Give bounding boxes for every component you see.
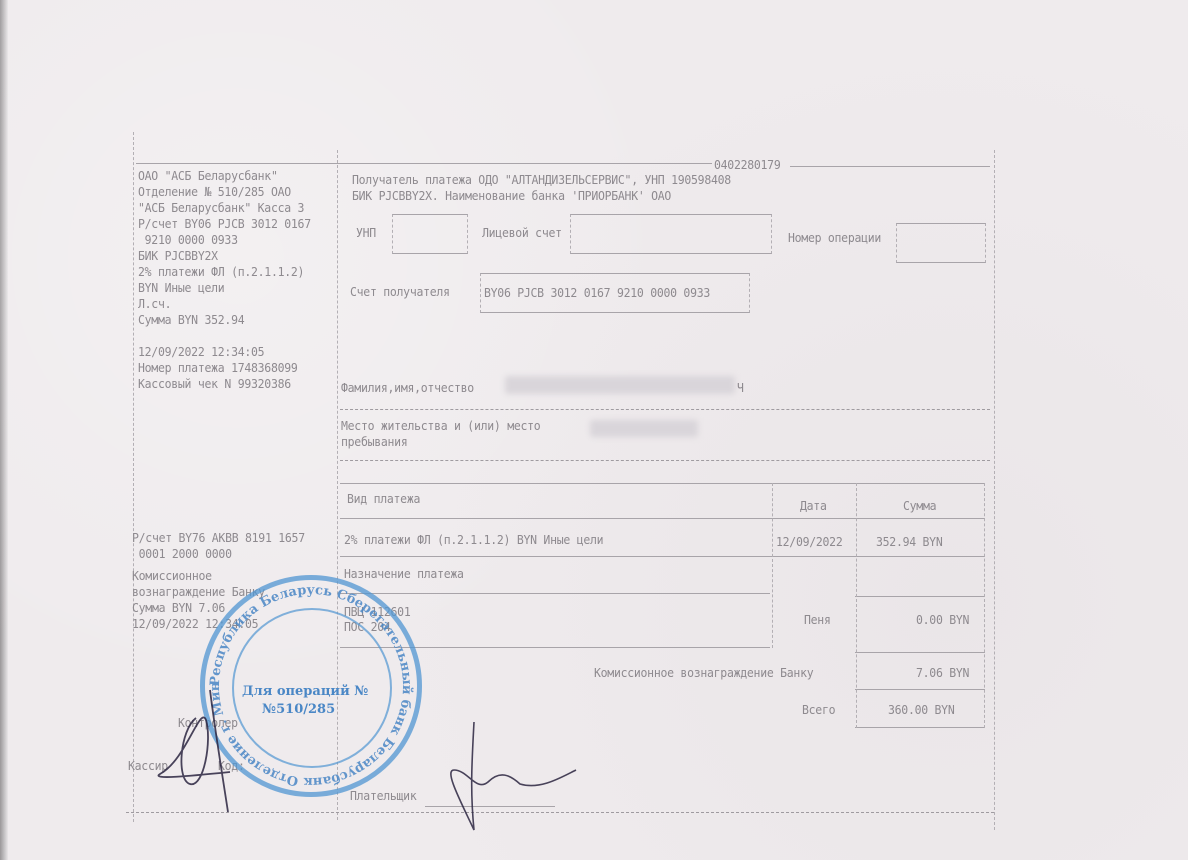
payment-type: 2% платежи ФЛ (п.2.1.1.2) [138,264,304,279]
penalty-label: Пеня [804,612,831,627]
total-label: Всего [802,702,835,717]
branch-line: "АСБ Беларусбанк" Касса 3 [138,200,304,215]
cashier-label: Кассир [128,758,168,773]
full-name-label: Фамилия,имя,отчество [341,380,474,395]
table-rule [855,727,985,728]
stamp-center-line: Для операций № [242,684,368,699]
sum: Сумма BYN 352.94 [138,312,244,327]
table-rule [340,483,985,484]
personal-account-field [570,214,772,254]
operation-number-field [896,223,986,263]
row-sum: 352.94 BYN [876,534,942,549]
commission-value: 7.06 BYN [916,665,969,680]
stamp-center-number: №510/285 [262,702,335,717]
table-col-divider [984,483,985,728]
bic: БИК PJCBBY2X [138,248,218,263]
payment-type: BYN Иные цели [138,280,224,295]
operation-number-label: Номер операции [788,230,881,245]
header-date: Дата [800,498,827,513]
right-border [994,150,995,830]
recipient-bank: БИК PJCBBY2X. Наименование банка 'ПРИОРБ… [352,188,671,203]
bank-name: ОАО "АСБ Беларусбанк" [138,168,278,183]
header-sum: Сумма [903,498,936,513]
redacted-address [590,420,698,437]
branch-line: Отделение № 510/285 ОАО [138,184,291,199]
left-border [133,132,134,822]
total-value: 360.00 BYN [888,702,954,717]
commission-account: 0001 2000 0000 [132,546,232,561]
datetime: 12/09/2022 12:34:05 [138,344,264,359]
penalty-value: 0.00 BYN [916,612,969,627]
receipt-number: Кассовый чек N 99320386 [138,376,291,391]
unp-label: УНП [356,225,376,240]
table-rule [340,556,985,557]
account-line: Р/счет BY06 PJCB 3012 0167 [138,216,311,231]
address-label: пребывания [341,434,407,449]
recipient-info: Получатель платежа ОДО "АЛТАНДИЗЕЛЬСЕРВИ… [352,172,731,187]
table-col-divider [772,483,773,648]
commission-account: Р/счет BY76 AKBB 8191 1657 [132,530,305,545]
svg-text:Республика Беларусь Сберегател: Республика Беларусь Сберегательный банк … [200,575,414,789]
divider [340,409,990,410]
table-rule [340,518,985,519]
full-name-suffix: Ч [737,380,744,395]
signature-line [425,806,555,807]
top-rule [136,163,712,164]
divider [340,460,990,461]
redacted-full-name [505,376,735,394]
footer-rule [126,812,994,813]
unp-field [392,214,468,254]
address-label: Место жительства и (или) место [341,418,540,433]
payment-number: Номер платежа 1748368099 [138,360,298,375]
row-payment-type: 2% платежи ФЛ (п.2.1.1.2) BYN Иные цели [344,532,603,547]
row-date: 12/09/2022 [776,534,842,549]
form-code: 0402280179 [714,157,780,172]
header-payment-type: Вид платежа [347,491,420,506]
recipient-account-label: Счет получателя [350,284,450,299]
table-rule [855,652,985,653]
table-rule [855,596,985,597]
recipient-account-value: BY06 PJCB 3012 0167 9210 0000 0933 [484,285,710,300]
table-col-divider [856,483,857,728]
commission-label: Комиссионное вознаграждение Банку [594,665,813,680]
personal-account-label: Лицевой счет [482,225,562,240]
table-rule [855,689,985,690]
account-line: 9210 0000 0933 [138,232,238,247]
personal-account: Л.сч. [138,296,171,311]
top-rule-right [790,166,990,167]
